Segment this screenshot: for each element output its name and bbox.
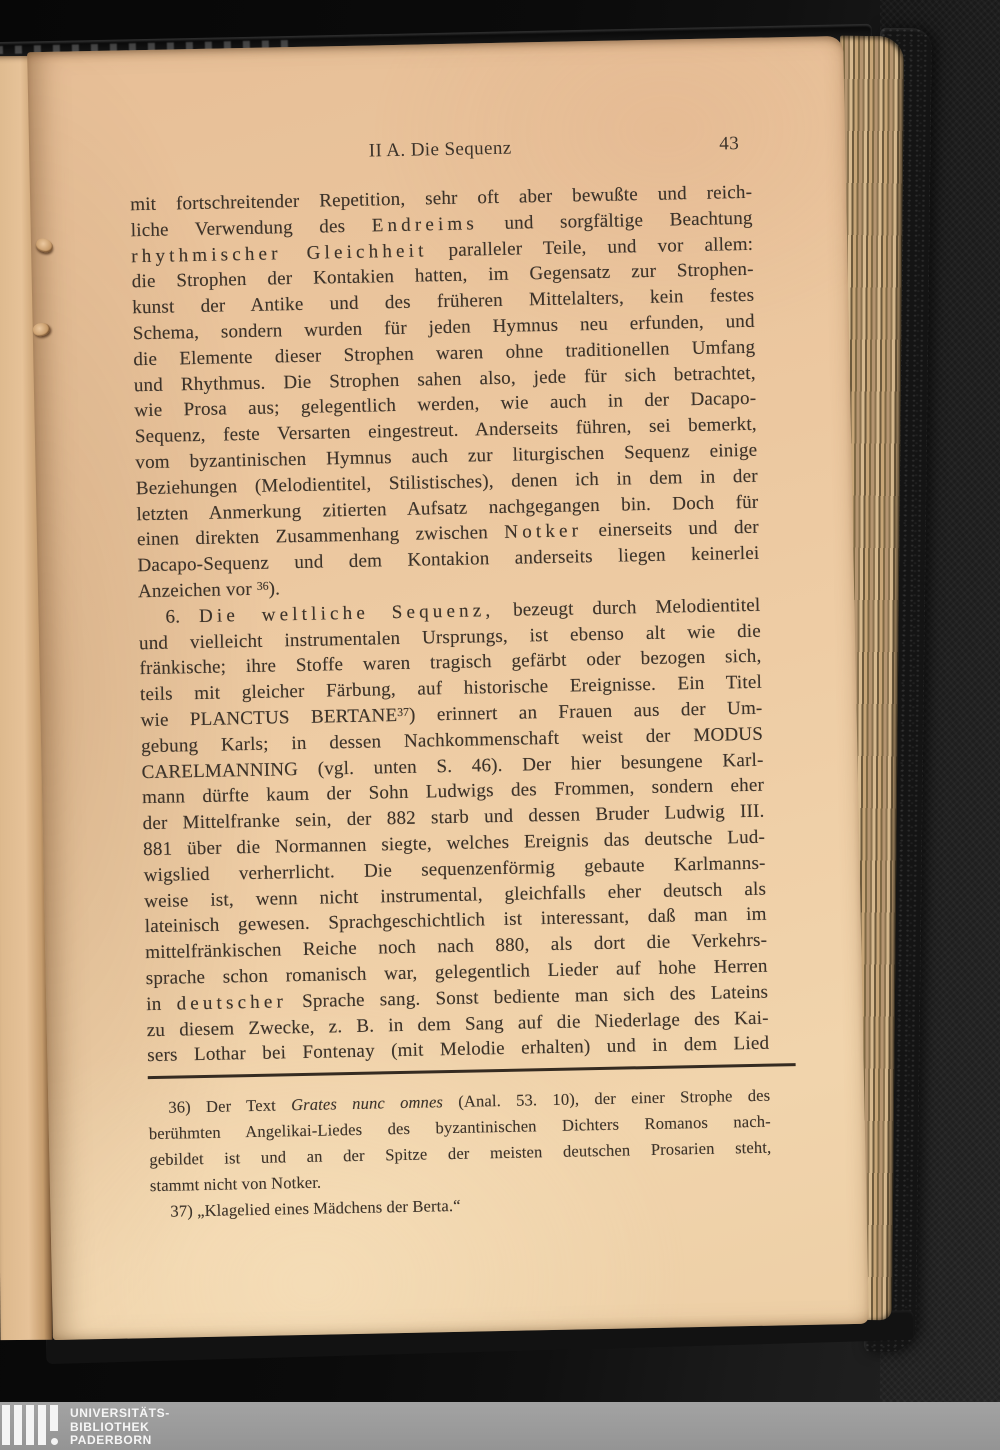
body-text: mit fortschreitender Repetition, sehr of… xyxy=(130,180,769,1069)
logo-bar xyxy=(38,1405,46,1445)
library-watermark-band: UNIVERSITÄTS- BIBLIOTHEK PADERBORN xyxy=(0,1402,1000,1450)
page-number: 43 xyxy=(719,133,739,155)
logo-bar xyxy=(50,1405,58,1431)
logo-bar xyxy=(2,1405,10,1445)
footnotes: 36) Der Text Grates nunc omnes (Anal. 53… xyxy=(148,1083,772,1225)
logo-dot xyxy=(51,1438,58,1445)
scanned-page: II A. Die Sequenz 43 mit fortschreitende… xyxy=(27,36,869,1340)
library-name-line: UNIVERSITÄTS- xyxy=(70,1407,170,1421)
book-scan: II A. Die Sequenz 43 mit fortschreitende… xyxy=(0,0,1000,1450)
chapter-heading: II A. Die Sequenz xyxy=(129,133,751,167)
running-head: II A. Die Sequenz 43 xyxy=(129,133,751,171)
logo-bar xyxy=(14,1405,22,1445)
library-name: UNIVERSITÄTS- BIBLIOTHEK PADERBORN xyxy=(70,1407,170,1448)
logo-bar xyxy=(26,1405,34,1445)
library-name-line: BIBLIOTHEK xyxy=(70,1421,170,1435)
library-name-line: PADERBORN xyxy=(70,1434,170,1448)
